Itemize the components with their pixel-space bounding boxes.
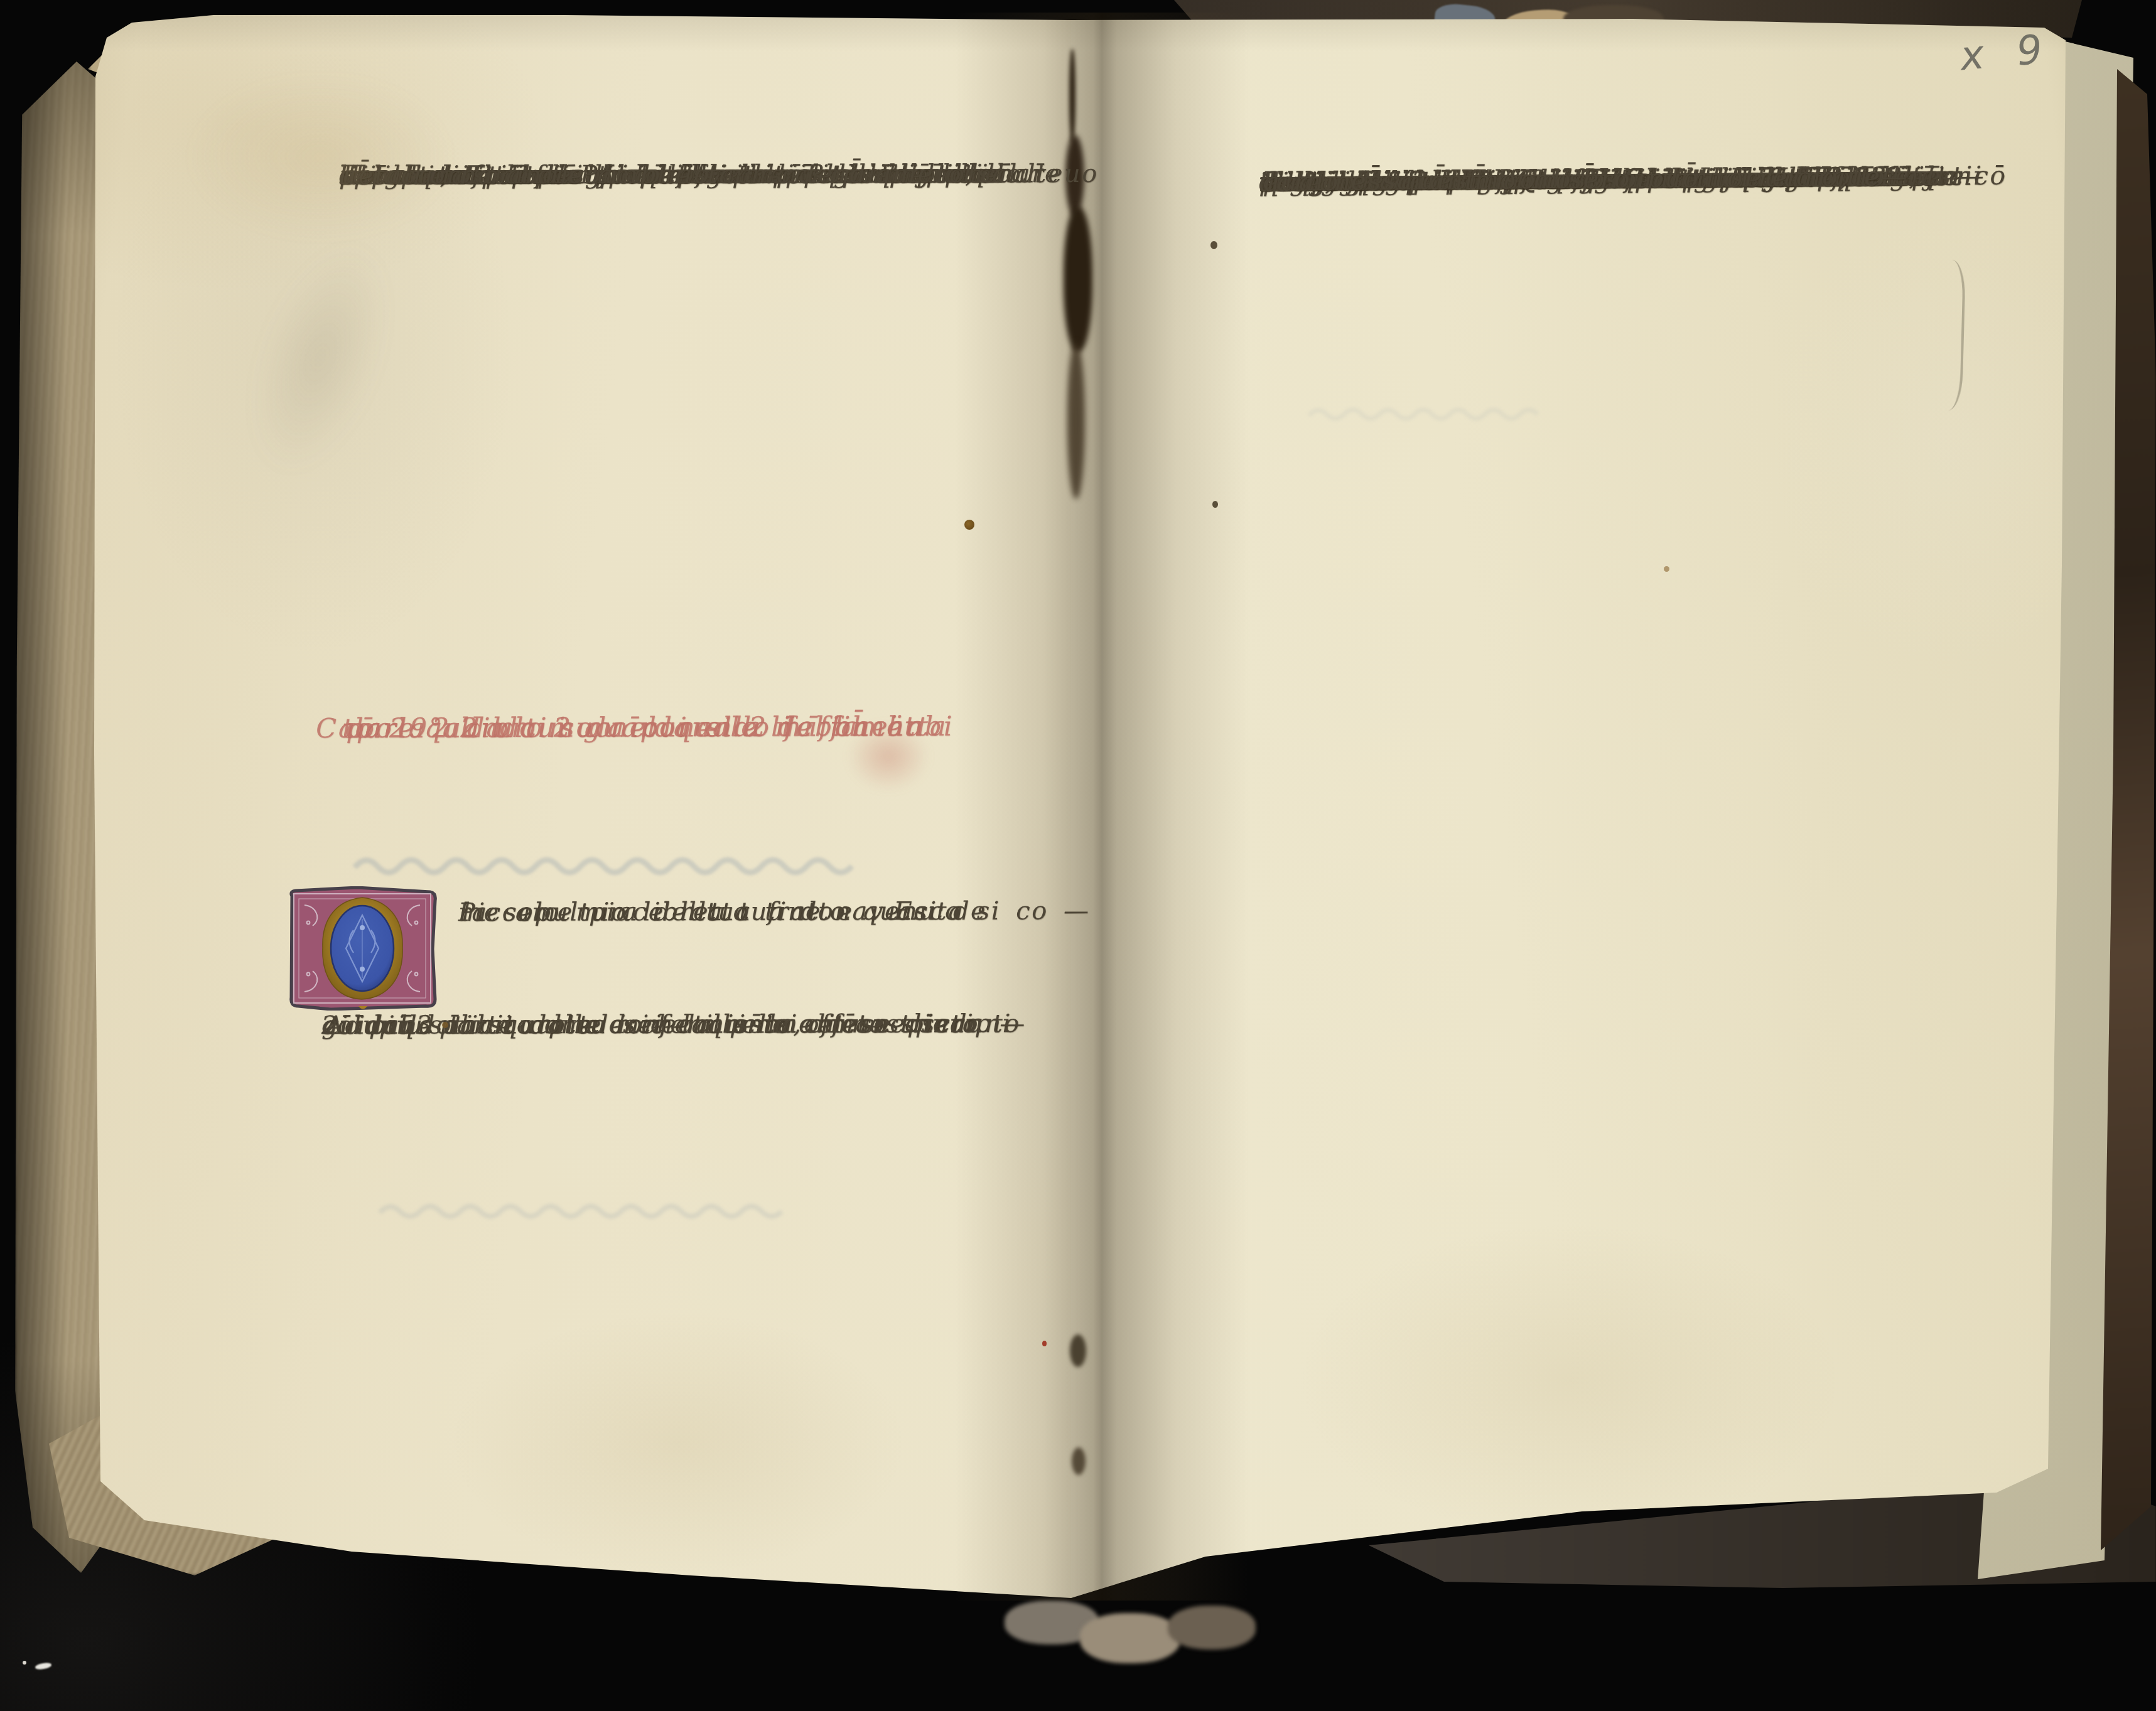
manuscript-line: me ame piace latua fine e venuta (458, 893, 965, 931)
sewing-station (1072, 1447, 1086, 1475)
rubric-line: dare 2 da cui guardarsi 2 fa fine (346, 707, 890, 748)
sewing-station (1070, 1334, 1086, 1367)
manuscript-line: guidandoti si come io fermissimamēte spe… (321, 1006, 979, 1044)
gutter-crack (1067, 342, 1085, 499)
manuscript-line: quali essa animo misero puo torre no, e—… (1263, 159, 1919, 201)
manuscript-line: lieta tornata di Pamphilo: ·:·:·· ? (339, 157, 824, 195)
tailband-remnant (1005, 1594, 1300, 1663)
ink-spot (1212, 501, 1218, 508)
ink-spot (1210, 241, 1217, 249)
white-speck (23, 1661, 26, 1665)
illuminated-initial: O (286, 886, 439, 1011)
gutter-crack (1064, 207, 1092, 351)
fore-edge-shading (15, 54, 103, 1573)
foxing-spot (1664, 566, 1669, 572)
gutter-crack (1069, 49, 1075, 143)
fore-edge-page-stack (15, 54, 103, 1573)
white-speck (35, 1662, 51, 1670)
foxing-spot (442, 1022, 448, 1028)
illuminated-initial-art (286, 886, 439, 1011)
manuscript-photo: li recaduti infermi che le primiere. Et … (0, 0, 2156, 1711)
wormhole (964, 520, 974, 530)
red-speck (1042, 1341, 1047, 1346)
tailband-blob (1168, 1606, 1256, 1649)
tailband-blob (1080, 1613, 1180, 1663)
